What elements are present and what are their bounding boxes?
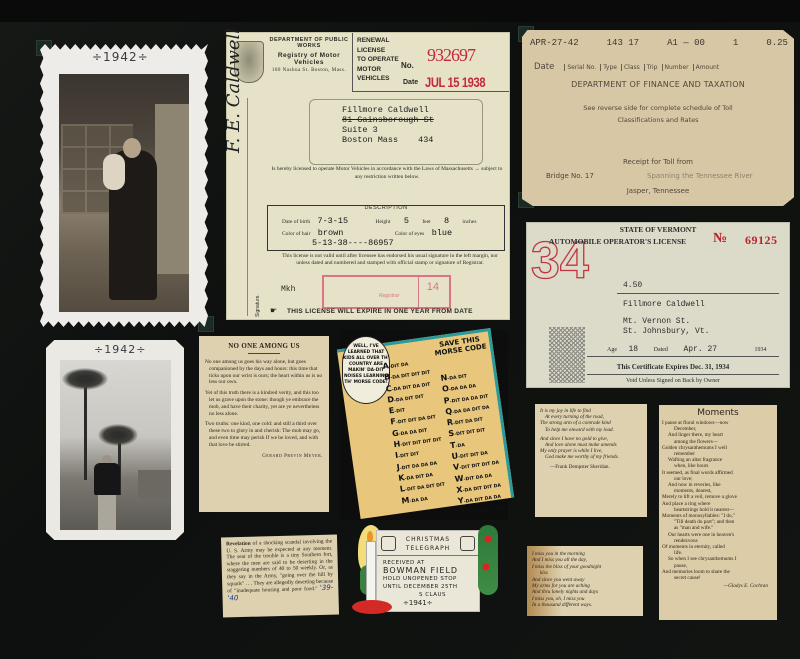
number-label: No. [401, 61, 414, 70]
clipping-friendship-poem: It is my joy in life to find At every tu… [535, 404, 647, 517]
christmas-telegram-card: CHRISTMAS TELEGRAPH RECEIVED AT BOWMAN F… [350, 525, 510, 625]
description-box: DESCRIPTION Date of birth 7-3-15 Height … [267, 205, 505, 251]
candle-icon [366, 541, 376, 605]
clipping-no-one-among-us: NO ONE AMONG US No one among us goes his… [199, 336, 329, 512]
telegram-sender: S CLAUS [383, 591, 458, 599]
handwritten-signature: F. E. Caldwell [223, 3, 244, 153]
telegram-place: BOWMAN FIELD [383, 567, 458, 575]
registry-name: Registry of Motor Vehicles [269, 52, 349, 66]
state-crest-icon [549, 327, 585, 383]
toll-stamp-line: APR-27-42 143 17 A1 — 00 1 0.25 [530, 38, 788, 48]
registry-address: 100 Nashua St. Boston, Mass. [269, 68, 349, 74]
eye-color: blue [432, 228, 452, 238]
poem-title: NO ONE AMONG US [205, 342, 323, 354]
registrar-stamp: Registrar 14 [322, 275, 451, 309]
photo-image [59, 74, 189, 312]
flame-icon [367, 531, 373, 542]
holder-name: Fillmore Caldwell [623, 300, 705, 309]
toll-columns: Date Serial No. Type Class Trip Number A… [534, 62, 784, 72]
photo-palm-trees: ÷1942÷ [46, 340, 184, 540]
license-fee: 4.50 [623, 281, 642, 290]
hair-color: brown [318, 228, 344, 238]
poem-line: secret cause! [662, 575, 774, 581]
bridge-toll-receipt: APR-27-42 143 17 A1 — 00 1 0.25 Date Ser… [522, 30, 794, 206]
photo-caption: ÷1942÷ [92, 50, 149, 64]
license-date: JUL 15 1938 [425, 74, 485, 90]
holder-name: Fillmore Caldwell [342, 105, 434, 115]
telegram-year: ÷1941÷ [403, 599, 433, 607]
dept-name: DEPARTMENT OF PUBLIC WORKS [269, 37, 349, 49]
morse-code-comic: WELL, I'VE LEARNED THAT KIDS ALL OVER TH… [340, 330, 508, 520]
photo-image [60, 360, 171, 530]
clipping-moments-poem: Moments I pause at floral windows—nowDec… [659, 405, 777, 620]
expiry-notice: This Certificate Expires Dec. 31, 1934 [527, 363, 789, 371]
candle-holder-icon [352, 600, 392, 614]
holly-berries-icon [478, 525, 498, 595]
toll-location: Jasper, Tennessee [522, 187, 794, 195]
massachusetts-driver-license: DEPARTMENT OF PUBLIC WORKS Registry of M… [226, 32, 510, 320]
bridge-number: Bridge No. 17 [546, 172, 594, 180]
clipping-army-scandal: Revelation of a shocking scandal involvi… [221, 534, 339, 617]
clipping-miss-you-poem: I miss you in the morningAnd I miss you … [527, 546, 643, 616]
license-number: 932697 [427, 45, 475, 66]
poem-title: Moments [662, 408, 774, 418]
date-label: Date [403, 79, 418, 86]
poem-author: —Gladys E. Cochran [662, 583, 774, 589]
poem-line: In a thousand different ways. [532, 602, 638, 608]
photo-caption: ÷1942÷ [94, 343, 146, 356]
poem-author: —Frank Dempster Sheridan. [540, 464, 642, 470]
clerk-initials: Mkh [281, 285, 295, 294]
renewal-label: RENEWAL LICENSE TO OPERATE MOTOR VEHICLE… [357, 36, 399, 84]
license-number: 69125 [745, 233, 778, 248]
poem-author: Gerard Previn Meyer. [205, 453, 323, 459]
photo-woman-with-baby: ÷1942÷ [40, 44, 208, 327]
date-of-birth: 7-3-15 [317, 216, 348, 226]
toll-amount: 0.25 [766, 38, 788, 48]
expiry-notice: THIS LICENSE WILL EXPIRE IN ONE YEAR FRO… [287, 308, 473, 315]
pointing-hand-icon: ☛ [270, 306, 277, 315]
validity-text: This license is not valid until after li… [277, 253, 503, 266]
legal-text: Is hereby licensed to operate Motor Vehi… [267, 165, 507, 181]
vermont-driver-license: 34 STATE OF VERMONT AUTOMOBILE OPERATOR'… [526, 222, 790, 388]
holder-address: Fillmore Caldwell 81 Gainsborough St Sui… [342, 105, 434, 145]
